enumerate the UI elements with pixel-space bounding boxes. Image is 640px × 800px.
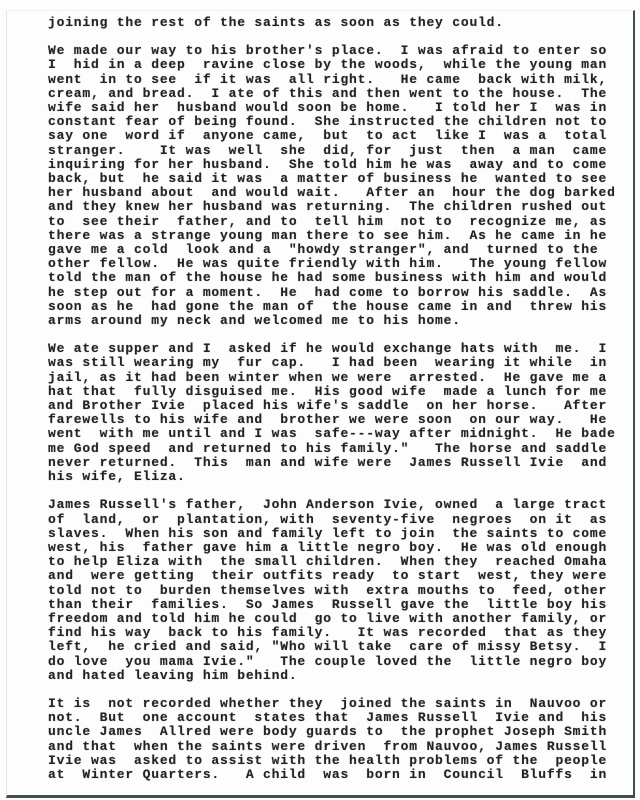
text-line: was still wearing my fur cap. I had been… [48,356,614,370]
text-line: and were getting their outfits ready to … [48,569,614,583]
text-line: and that when the saints were driven fro… [48,740,614,754]
text-line: west, his father gave him a little negro… [48,541,614,555]
text-line: inquiring for her husband. She told him … [48,158,614,172]
text-line: We made our way to his brother's place. … [48,44,614,58]
text-line: slaves. When his son and family left to … [48,527,614,541]
text-line: hat that fully disguised me. His good wi… [48,385,614,399]
text-line: at Winter Quarters. A child was born in … [48,768,614,782]
paragraph: James Russell's father, John Anderson Iv… [48,498,614,683]
text-line: do love you mama Ivie." The couple loved… [48,655,614,669]
text-line: arms around my neck and welcomed me to h… [48,314,614,328]
text-line: and they knew her husband was returning.… [48,200,614,214]
text-line: never returned. This man and wife were J… [48,456,614,470]
text-line: We ate supper and I asked if he would ex… [48,342,614,356]
text-line: back, but he said it was a matter of bus… [48,172,614,186]
text-line: joining the rest of the saints as soon a… [48,16,614,30]
text-line: he step out for a moment. He had come to… [48,286,614,300]
text-line: not. But one account states that James R… [48,711,614,725]
document-text: joining the rest of the saints as soon a… [48,16,614,796]
text-line: soon as he had gone the man of the house… [48,300,614,314]
text-line: I hid in a deep ravine close by the wood… [48,58,614,72]
text-line: told the man of the house he had some bu… [48,271,614,285]
text-line: his wife, Eliza. [48,470,614,484]
text-line: and hated leaving him behind. [48,669,614,683]
text-line: wife said her husband would soon be home… [48,101,614,115]
scanned-document-page: joining the rest of the saints as soon a… [0,0,640,800]
text-line: cream, and bread. I ate of this and then… [48,87,614,101]
text-line: me God speed and returned to his family.… [48,442,614,456]
text-line: her husband about and would wait. After … [48,186,614,200]
paragraph: We made our way to his brother's place. … [48,44,614,328]
text-line: It is not recorded whether they joined t… [48,697,614,711]
text-line: of land, or plantation, with seventy-fiv… [48,513,614,527]
text-line: went in to see if it was all right. He c… [48,73,614,87]
text-line: constant fear of being found. She instru… [48,115,614,129]
text-line: other fellow. He was quite friendly with… [48,257,614,271]
text-line: stranger. It was well she did, for just … [48,144,614,158]
text-line: farewells to his wife and brother we wer… [48,413,614,427]
paragraph: It is not recorded whether they joined t… [48,697,614,782]
text-line: told not to burden themselves with extra… [48,584,614,598]
paragraph: joining the rest of the saints as soon a… [48,16,614,30]
text-line: there was a strange young man there to s… [48,229,614,243]
text-line: freedom and told him he could go to live… [48,612,614,626]
text-line: Ivie was asked to assist with the health… [48,754,614,768]
text-line: uncle James Allred were body guards to t… [48,725,614,739]
text-line: jail, as it had been winter when we were… [48,371,614,385]
text-line: James Russell's father, John Anderson Iv… [48,498,614,512]
text-line: and Brother Ivie placed his wife's saddl… [48,399,614,413]
text-line: gave me a cold look and a "howdy strange… [48,243,614,257]
text-line: say one word if anyone came, but to act … [48,129,614,143]
text-line: to help Eliza with the small children. W… [48,555,614,569]
text-line: find his way back to his family. It was … [48,626,614,640]
text-line: than their families. So James Russell ga… [48,598,614,612]
text-line: went with me until and I was safe---way … [48,427,614,441]
paragraph: We ate supper and I asked if he would ex… [48,342,614,484]
text-line: left, he cried and said, "Who will take … [48,640,614,654]
text-line: to see their father, and to tell him not… [48,215,614,229]
